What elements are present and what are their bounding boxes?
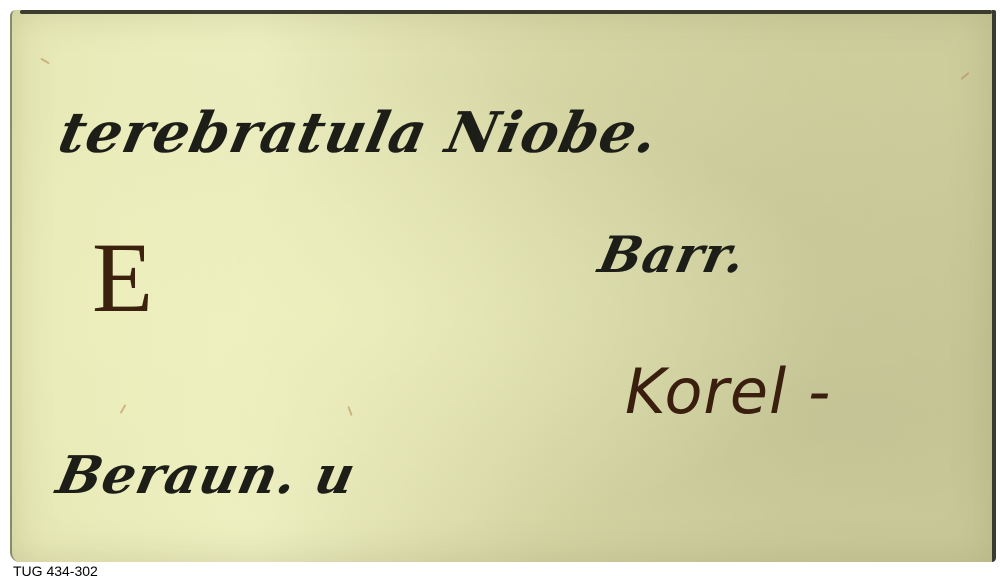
catalog-number: TUG 434-302 — [13, 563, 98, 579]
label-top-border — [20, 10, 992, 14]
collector-name: Korel - — [625, 355, 831, 428]
stage-letter: E — [92, 228, 153, 328]
species-name: terebratula Niobe. — [53, 100, 664, 166]
author-name: Barr. — [594, 225, 752, 284]
locality-name: Beraun. u — [52, 445, 362, 506]
